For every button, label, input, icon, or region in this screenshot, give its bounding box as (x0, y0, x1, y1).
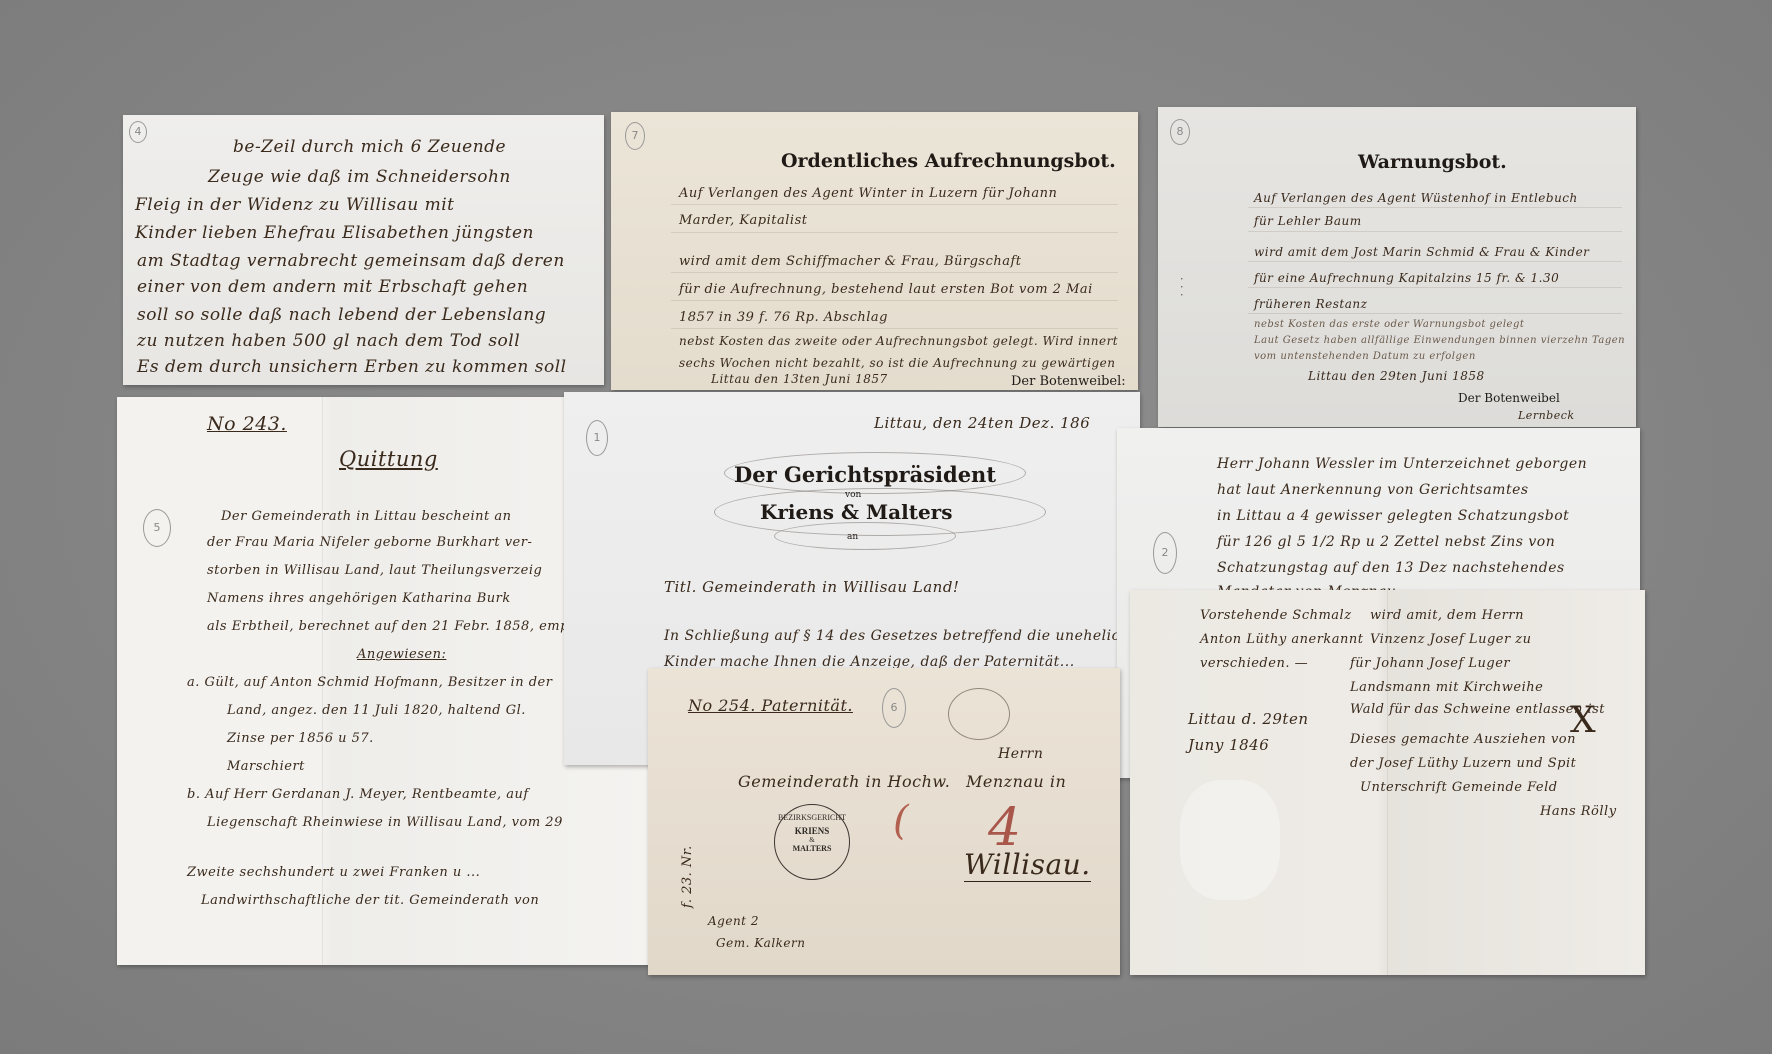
form-line: sechs Wochen nicht bezahlt, so ist die A… (679, 356, 1116, 370)
handwritten-line: zu nutzen haben 500 gl nach dem Tod soll (137, 331, 520, 351)
letterhead-von: von (845, 490, 861, 500)
receipt-line: b. Auf Herr Gerdanan J. Meyer, Rentbeamt… (187, 787, 529, 802)
addressee-line: Menznau in (966, 772, 1066, 791)
receipt-line: Landwirthschaftliche der tit. Gemeindera… (201, 893, 539, 908)
letterhead-an: an (847, 532, 858, 542)
certificate-signature: Hans Rölly (1540, 804, 1617, 819)
certificate-place-date: Juny 1846 (1188, 736, 1269, 754)
form-line: nebst Kosten das erste oder Warnungsbot … (1254, 319, 1524, 330)
receipt-line: Land, angez. den 11 Juli 1820, haltend G… (227, 703, 526, 718)
form-date: Littau den 13ten Juni 1857 (711, 372, 888, 386)
letterhead-jurisdiction: Kriens & Malters (760, 500, 952, 524)
certificate-right-line: für Johann Josef Luger (1350, 656, 1510, 671)
form-line: 1857 in 39 f. 76 Rp. Abschlag (679, 310, 888, 325)
certificate-left-line: Anton Lüthy anerkannt (1200, 632, 1364, 647)
footer-note: Gem. Kalkern (716, 936, 806, 950)
certificate-right-line: Vinzenz Josef Luger zu (1370, 632, 1532, 647)
document-number-mark: 5 (143, 509, 171, 547)
document-number-mark: 7 (625, 122, 645, 150)
form-line: wird amit dem Schiffmacher & Frau, Bürgs… (679, 254, 1022, 269)
handwritten-line: am Stadtag vernabrecht gemeinsam daß der… (137, 251, 565, 271)
certificate-right-line: Wald für das Schweine entlassen ist (1350, 702, 1605, 717)
document-4-handwritten-letter: 4 be-Zeil durch mich 6 Zeuende Zeuge wie… (123, 115, 604, 385)
document-number-mark: 8 (1170, 119, 1190, 145)
margin-note: f. 23. Nr. (680, 845, 695, 908)
note-line: in Littau a 4 gewisser gelegten Schatzun… (1217, 508, 1569, 524)
seal-text: & (775, 836, 849, 844)
receipt-line: Namens ihres angehörigen Katharina Burk (207, 591, 511, 606)
salutation: Titl. Gemeinderath in Willisau Land! (664, 578, 959, 596)
certificate-left-line: Vorstehende Schmalz (1200, 608, 1352, 623)
handwritten-line: einer von dem andern mit Erbschaft gehen (137, 277, 528, 297)
form-line: wird amit dem Jost Marin Schmid & Frau &… (1254, 245, 1589, 259)
certificate-right-line: Landsmann mit Kirchweihe (1350, 680, 1543, 695)
court-seal-stamp: BEZIRKSGERICHT KRIENS & MALTERS (774, 804, 850, 880)
receipt-line: Zweite sechshundert u zwei Franken u ... (187, 865, 480, 880)
receipt-subheading: Angewiesen: (357, 647, 446, 662)
form-line: Marder, Kapitalist (679, 213, 807, 228)
place-and-date: Littau, den 24ten Dez. 186 (874, 414, 1090, 432)
document-number-mark: 1 (586, 420, 608, 456)
addressee-salutation: Herrn (998, 746, 1043, 762)
receipt-title: Quittung (339, 447, 438, 471)
certificate-right-line: wird amit, dem Herrn (1370, 608, 1524, 623)
document-3-handwritten-certificate: Vorstehende Schmalz Anton Lüthy anerkann… (1130, 590, 1645, 975)
document-7-aufrechnungsbot-form: 7 Ordentliches Aufrechnungsbot. Auf Verl… (611, 112, 1138, 390)
receipt-reference-number: No 243. (207, 413, 287, 435)
document-6-letter-envelope: 6 No 254. Paternität. Herrn Gemeinderath… (648, 668, 1120, 975)
receipt-line: storben in Willisau Land, laut Theilungs… (207, 563, 542, 578)
signature-label: Der Botenweibel: (1011, 374, 1126, 389)
handwritten-line: Zeuge wie daß im Schneidersohn (208, 167, 511, 187)
form-line: für Lehler Baum (1254, 214, 1362, 228)
note-line: Herr Johann Wessler im Unterzeichnet geb… (1217, 456, 1587, 472)
receipt-line: Zinse per 1856 u 57. (227, 731, 374, 746)
letterhead-title: Der Gerichtspräsident (734, 462, 996, 487)
certificate-left-line: verschieden. — (1200, 656, 1308, 671)
receipt-line: Liegenschaft Rheinwiese in Willisau Land… (207, 815, 563, 830)
letter-body-line: In Schließung auf § 14 des Gesetzes betr… (664, 628, 1138, 644)
receipt-line: Der Gemeinderath in Littau bescheint an (221, 509, 512, 524)
note-line: für 126 gl 5 1/2 Rp u 2 Zettel nebst Zin… (1217, 534, 1555, 550)
footer-note: Agent 2 (708, 914, 759, 928)
envelope-reference: No 254. Paternität. (688, 696, 853, 715)
margin-vertical-note: · · · (1175, 277, 1188, 297)
handwritten-line: soll so solle daß nach lebend der Lebens… (137, 305, 546, 325)
form-line: Auf Verlangen des Agent Wüstenhof in Ent… (1254, 191, 1578, 205)
form-line: Auf Verlangen des Agent Winter in Luzern… (679, 186, 1057, 201)
certificate-place-date: Littau d. 29ten (1188, 710, 1308, 728)
handwritten-line: Kinder lieben Ehefrau Elisabethen jüngst… (135, 223, 534, 243)
form-line: für eine Aufrechnung Kapitalzins 15 fr. … (1254, 271, 1559, 285)
addressee-line: Gemeinderath in Hochw. (738, 772, 950, 791)
document-number-mark: 4 (129, 121, 147, 143)
form-line: für die Aufrechnung, bestehend laut erst… (679, 282, 1093, 297)
note-line: hat laut Anerkennung von Gerichtsamtes (1217, 482, 1529, 498)
form-line: Laut Gesetz haben allfällige Einwendunge… (1254, 335, 1625, 346)
wax-seal-remnant (1180, 780, 1280, 900)
receipt-line: der Frau Maria Nifeler geborne Burkhart … (207, 535, 532, 550)
form-title: Ordentliches Aufrechnungsbot. (781, 150, 1116, 172)
handwritten-line: Fleig in der Widenz zu Willisau mit (135, 195, 454, 215)
signature: Lernbeck (1518, 409, 1575, 422)
receipt-line: a. Gült, auf Anton Schmid Hofmann, Besit… (187, 675, 552, 690)
certificate-right-line: der Josef Lüthy Luzern und Spit (1350, 756, 1576, 771)
handwritten-line: Es dem durch unsichern Erben zu kommen s… (137, 357, 567, 377)
signature-label: Der Botenweibel (1458, 391, 1560, 405)
document-8-warnungsbot-form: 8 Warnungsbot. Auf Verlangen des Agent W… (1158, 107, 1636, 427)
red-stroke-mark: ( (893, 798, 909, 844)
form-date: Littau den 29ten Juni 1858 (1308, 369, 1485, 383)
form-line: nebst Kosten das zweite oder Aufrechnung… (679, 334, 1118, 348)
receipt-line: Marschiert (227, 759, 305, 774)
seal-text: KRIENS (775, 826, 849, 836)
form-title: Warnungsbot. (1358, 151, 1507, 173)
seal-ring-text: BEZIRKSGERICHT (775, 813, 849, 822)
note-line: Schatzungstag auf den 13 Dez nachstehend… (1217, 560, 1565, 576)
destination: Willisau. (964, 848, 1091, 882)
form-line: früheren Restanz (1254, 297, 1367, 311)
form-line: vom untenstehenden Datum zu erfolgen (1254, 351, 1476, 362)
document-number-mark: 6 (882, 688, 906, 728)
receipt-line: als Erbtheil, berechnet auf den 21 Febr.… (207, 619, 591, 634)
certificate-right-line: Unterschrift Gemeinde Feld (1360, 780, 1558, 795)
cross-mark: X (1570, 700, 1596, 741)
handwritten-line: be-Zeil durch mich 6 Zeuende (233, 137, 506, 157)
document-number-mark: 2 (1153, 532, 1177, 574)
seal-text: MALTERS (775, 844, 849, 853)
certificate-right-line: Dieses gemachte Ausziehen von (1350, 732, 1576, 747)
